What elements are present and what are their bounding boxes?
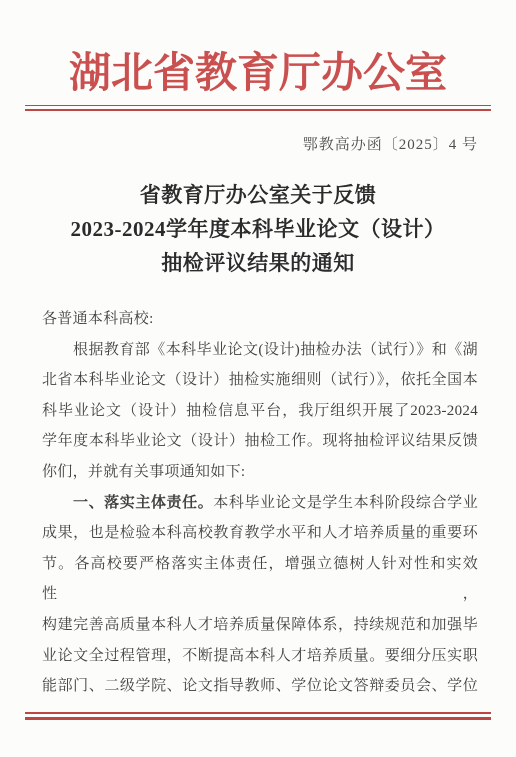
body-line: 节。各高校要严格落实主体责任，增强立德树人针对性和实效性， xyxy=(42,549,478,610)
section-heading: 一、落实主体责任。 xyxy=(73,495,213,511)
body-line: 科毕业论文（设计）抽检信息平台，我厅组织开展了2023-2024 xyxy=(42,396,478,427)
body-line: 业论文全过程管理，不断提高本科人才培养质量。要细分压实职 xyxy=(42,641,478,672)
body-line: 能部门、二级学院、论文指导教师、学位论文答辩委员会、学位 xyxy=(42,671,478,702)
body-line: 构建完善高质量本科人才培养质量保障体系，持续规范和加强毕 xyxy=(42,610,478,641)
body-line: 成果，也是检验本科高校教育教学水平和人才培养质量的重要环 xyxy=(42,518,478,549)
letterhead-divider xyxy=(25,105,491,111)
footer-divider xyxy=(25,712,491,720)
notice-title: 省教育厅办公室关于反馈 2023-2024学年度本科毕业论文（设计） 抽检评议结… xyxy=(0,178,516,280)
body-line: 学年度本科毕业论文（设计）抽检工作。现将抽检评议结果反馈 xyxy=(42,426,478,457)
body-line: 根据教育部《本科毕业论文(设计)抽检办法（试行）》和《湖 xyxy=(42,335,478,366)
notice-title-line-2: 2023-2024学年度本科毕业论文（设计） xyxy=(0,212,516,246)
document-page: 湖北省教育厅办公室 鄂教高办函〔2025〕4 号 省教育厅办公室关于反馈 202… xyxy=(0,0,516,757)
body-line: 北省本科毕业论文（设计）抽检实施细则（试行）》，依托全国本 xyxy=(42,365,478,396)
body-line-section-1: 一、落实主体责任。本科毕业论文是学生本科阶段综合学业 xyxy=(42,488,478,519)
notice-body: 各普通本科高校: 根据教育部《本科毕业论文(设计)抽检办法（试行）》和《湖 北省… xyxy=(42,304,478,702)
body-text: 本科毕业论文是学生本科阶段综合学业 xyxy=(213,495,478,511)
body-line: 你们，并就有关事项通知如下: xyxy=(42,457,478,488)
salutation: 各普通本科高校: xyxy=(42,304,478,335)
notice-title-line-3: 抽检评议结果的通知 xyxy=(0,246,516,280)
notice-title-line-1: 省教育厅办公室关于反馈 xyxy=(0,178,516,212)
letterhead-title: 湖北省教育厅办公室 xyxy=(0,52,516,96)
document-number: 鄂教高办函〔2025〕4 号 xyxy=(0,133,516,154)
